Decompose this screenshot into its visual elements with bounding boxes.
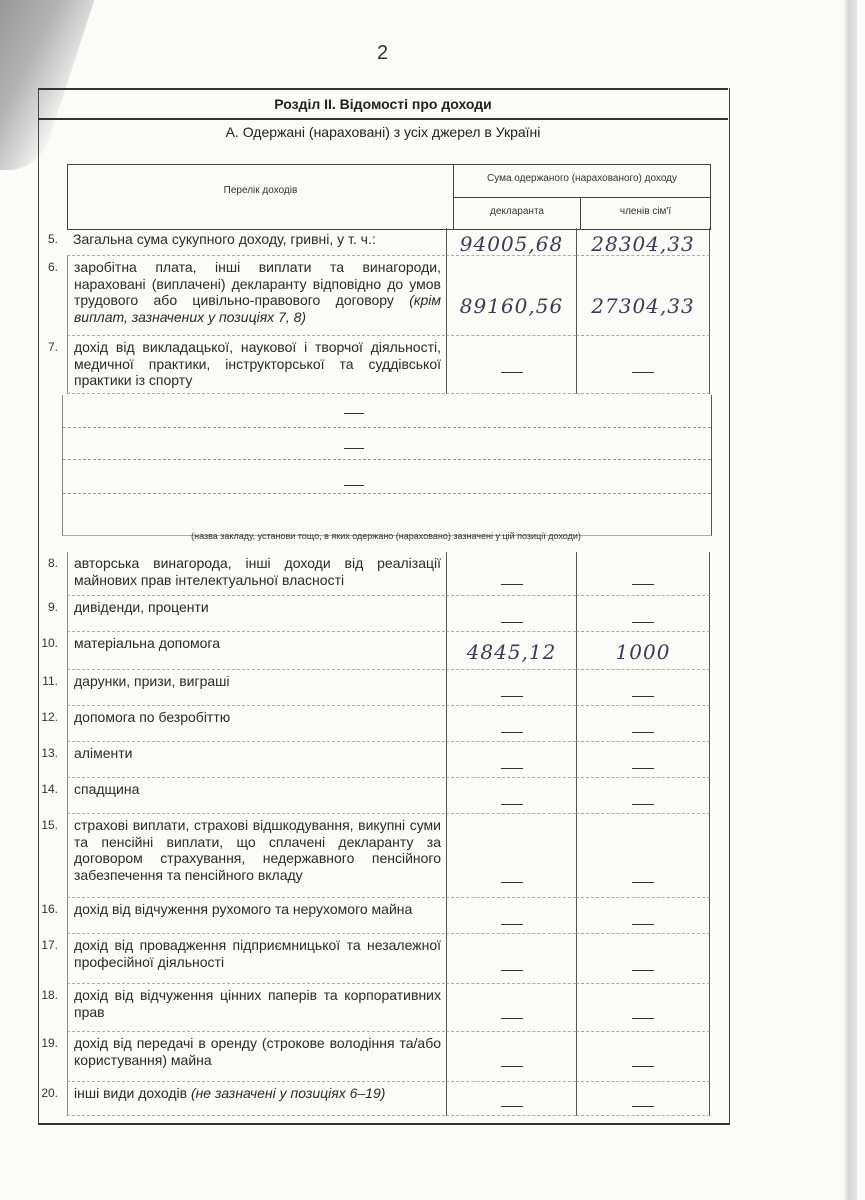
row-number: 20. — [30, 1086, 58, 1100]
row-label: інші види доходів (не зазначені у позиці… — [67, 1082, 445, 1116]
declarant-value-dash — [501, 622, 523, 623]
income-row: 14.спадщина — [30, 778, 710, 814]
declarant-value-dash — [501, 924, 523, 925]
declarant-value-cell — [446, 814, 576, 898]
row-label: страхові виплати, страхові відшкодування… — [67, 814, 445, 898]
family-value-cell — [576, 898, 710, 934]
family-value-dash — [632, 584, 654, 585]
family-value-cell — [576, 670, 710, 706]
declarant-value-cell: 89160,56 — [446, 256, 576, 336]
declarant-value-cell — [446, 934, 576, 984]
declarant-value-dash — [501, 1018, 523, 1019]
family-value-cell — [576, 984, 710, 1032]
declarant-value-dash — [501, 882, 523, 883]
row-label: авторська винагорода, інші доходи від ре… — [67, 552, 445, 596]
income-row: 12.допомога по безробіттю — [30, 706, 710, 742]
row-label: Загальна сума сукупного доходу, гривні, … — [67, 228, 445, 256]
page-number: 2 — [0, 42, 765, 65]
header-declarant: декларанта — [454, 198, 581, 229]
institution-line — [63, 493, 711, 494]
family-value-cell — [576, 934, 710, 984]
income-row: 17.дохід від провадження підприємницької… — [30, 934, 710, 984]
family-value-cell — [576, 596, 710, 632]
row-label: дивіденди, проценти — [67, 596, 445, 632]
declarant-value-dash — [501, 804, 523, 805]
family-value-dash — [632, 804, 654, 805]
row-number: 6. — [30, 260, 58, 274]
family-value-dash — [632, 732, 654, 733]
income-row: 20.інші види доходів (не зазначені у поз… — [30, 1082, 710, 1116]
family-value: 1000 — [577, 640, 709, 664]
row-number: 17. — [30, 938, 58, 952]
declarant-value-dash — [501, 768, 523, 769]
row-number: 19. — [30, 1036, 58, 1050]
family-value-cell — [576, 814, 710, 898]
family-value-cell — [576, 706, 710, 742]
family-value-cell — [576, 742, 710, 778]
row-label: аліменти — [67, 742, 445, 778]
section-title: Розділ ІІ. Відомості про доходи — [38, 88, 728, 120]
declarant-value-cell — [446, 898, 576, 934]
declarant-value-cell — [446, 552, 576, 596]
row-number: 13. — [30, 746, 58, 760]
row-label: дарунки, призи, виграші — [67, 670, 445, 706]
declarant-value-dash — [501, 1066, 523, 1067]
family-value-cell: 28304,33 — [576, 228, 710, 256]
institution-entry-1 — [344, 413, 364, 414]
row-number: 15. — [30, 818, 58, 832]
row-label: дохід від провадження підприємницької та… — [67, 934, 445, 984]
family-value-cell — [576, 552, 710, 596]
declarant-value: 4845,12 — [447, 640, 576, 664]
declarant-value-dash — [501, 970, 523, 971]
declarant-value-cell — [446, 984, 576, 1032]
income-row: 6.заробітна плата, інші виплати та винаг… — [30, 256, 710, 336]
family-value-dash — [632, 696, 654, 697]
family-value-cell — [576, 778, 710, 814]
declarant-value-cell — [446, 1082, 576, 1116]
declarant-value-dash — [501, 1106, 523, 1107]
family-value-dash — [632, 768, 654, 769]
declarant-value-cell — [446, 336, 576, 394]
declarant-value-cell — [446, 742, 576, 778]
declarant-value: 94005,68 — [447, 232, 576, 256]
row-label: дохід від відчуження цінних паперів та к… — [67, 984, 445, 1032]
institution-entry-2 — [344, 448, 364, 449]
row-label: заробітна плата, інші виплати та винагор… — [67, 256, 445, 336]
row-number: 5. — [30, 232, 58, 246]
row-number: 7. — [30, 340, 58, 354]
row-label: спадщина — [67, 778, 445, 814]
row-number: 18. — [30, 988, 58, 1002]
income-row: 10.матеріальна допомога4845,121000 — [30, 632, 710, 670]
income-row: 19.дохід від передачі в оренду (строкове… — [30, 1032, 710, 1082]
row-label: матеріальна допомога — [67, 632, 445, 670]
income-row: 18.дохід від відчуження цінних паперів т… — [30, 984, 710, 1032]
family-value-dash — [632, 372, 654, 373]
family-value-cell: 1000 — [576, 632, 710, 670]
declarant-value-cell — [446, 670, 576, 706]
declarant-value-cell — [446, 1032, 576, 1082]
row-number: 8. — [30, 556, 58, 570]
header-income-sum: Сума одержаного (нарахованого) доходу — [454, 165, 710, 198]
declarant-value-cell: 4845,12 — [446, 632, 576, 670]
header-income-list: Перелік доходів — [68, 165, 454, 229]
row-label: дохід від відчуження рухомого та нерухом… — [67, 898, 445, 934]
declarant-value-cell — [446, 778, 576, 814]
income-row: 16.дохід від відчуження рухомого та неру… — [30, 898, 710, 934]
family-value-cell: 27304,33 — [576, 256, 710, 336]
row-label: дохід від викладацької, наукової і творч… — [67, 336, 445, 394]
declarant-value-cell — [446, 596, 576, 632]
family-value: 28304,33 — [577, 232, 709, 256]
income-row: 13.аліменти — [30, 742, 710, 778]
family-value-dash — [632, 1106, 654, 1107]
institution-entry-3 — [344, 485, 364, 486]
declarant-value-dash — [501, 372, 523, 373]
row-number: 14. — [30, 782, 58, 796]
row-label: дохід від передачі в оренду (строкове во… — [67, 1032, 445, 1082]
row-label: допомога по безробіттю — [67, 706, 445, 742]
family-value-dash — [632, 882, 654, 883]
family-value-dash — [632, 1066, 654, 1067]
declarant-value: 89160,56 — [447, 294, 576, 318]
scan-page-edge — [843, 0, 857, 1200]
institution-line — [63, 459, 711, 460]
income-row: 11.дарунки, призи, виграші — [30, 670, 710, 706]
declarant-value-dash — [501, 732, 523, 733]
declarant-value-dash — [501, 696, 523, 697]
income-table-header: Перелік доходів Сума одержаного (нарахов… — [67, 164, 711, 230]
row-number: 10. — [30, 636, 58, 650]
row-number: 9. — [30, 600, 58, 614]
row-number: 12. — [30, 710, 58, 724]
income-row: 15.страхові виплати, страхові відшкодува… — [30, 814, 710, 898]
institution-block — [62, 395, 712, 536]
income-row: 5.Загальна сума сукупного доходу, гривні… — [30, 228, 710, 256]
income-row: 9.дивіденди, проценти — [30, 596, 710, 632]
family-value-dash — [632, 622, 654, 623]
row-number: 16. — [30, 902, 58, 916]
family-value-dash — [632, 924, 654, 925]
institution-line — [63, 427, 711, 428]
family-value-cell — [576, 1082, 710, 1116]
family-value-cell — [576, 336, 710, 394]
row-number: 11. — [30, 674, 58, 688]
declarant-value-cell: 94005,68 — [446, 228, 576, 256]
income-row: 8.авторська винагорода, інші доходи від … — [30, 552, 710, 596]
header-family: членів сім'ї — [581, 198, 710, 229]
declarant-value-cell — [446, 706, 576, 742]
family-value: 27304,33 — [577, 294, 709, 318]
family-value-dash — [632, 1018, 654, 1019]
subsection-title: А. Одержані (нараховані) з усіх джерел в… — [38, 124, 728, 140]
family-value-cell — [576, 1032, 710, 1082]
declarant-value-dash — [501, 584, 523, 585]
income-row: 7.дохід від викладацької, наукової і тво… — [30, 336, 710, 394]
family-value-dash — [632, 970, 654, 971]
institution-caption: (назва закладу, установи тощо, в яких од… — [62, 531, 710, 541]
